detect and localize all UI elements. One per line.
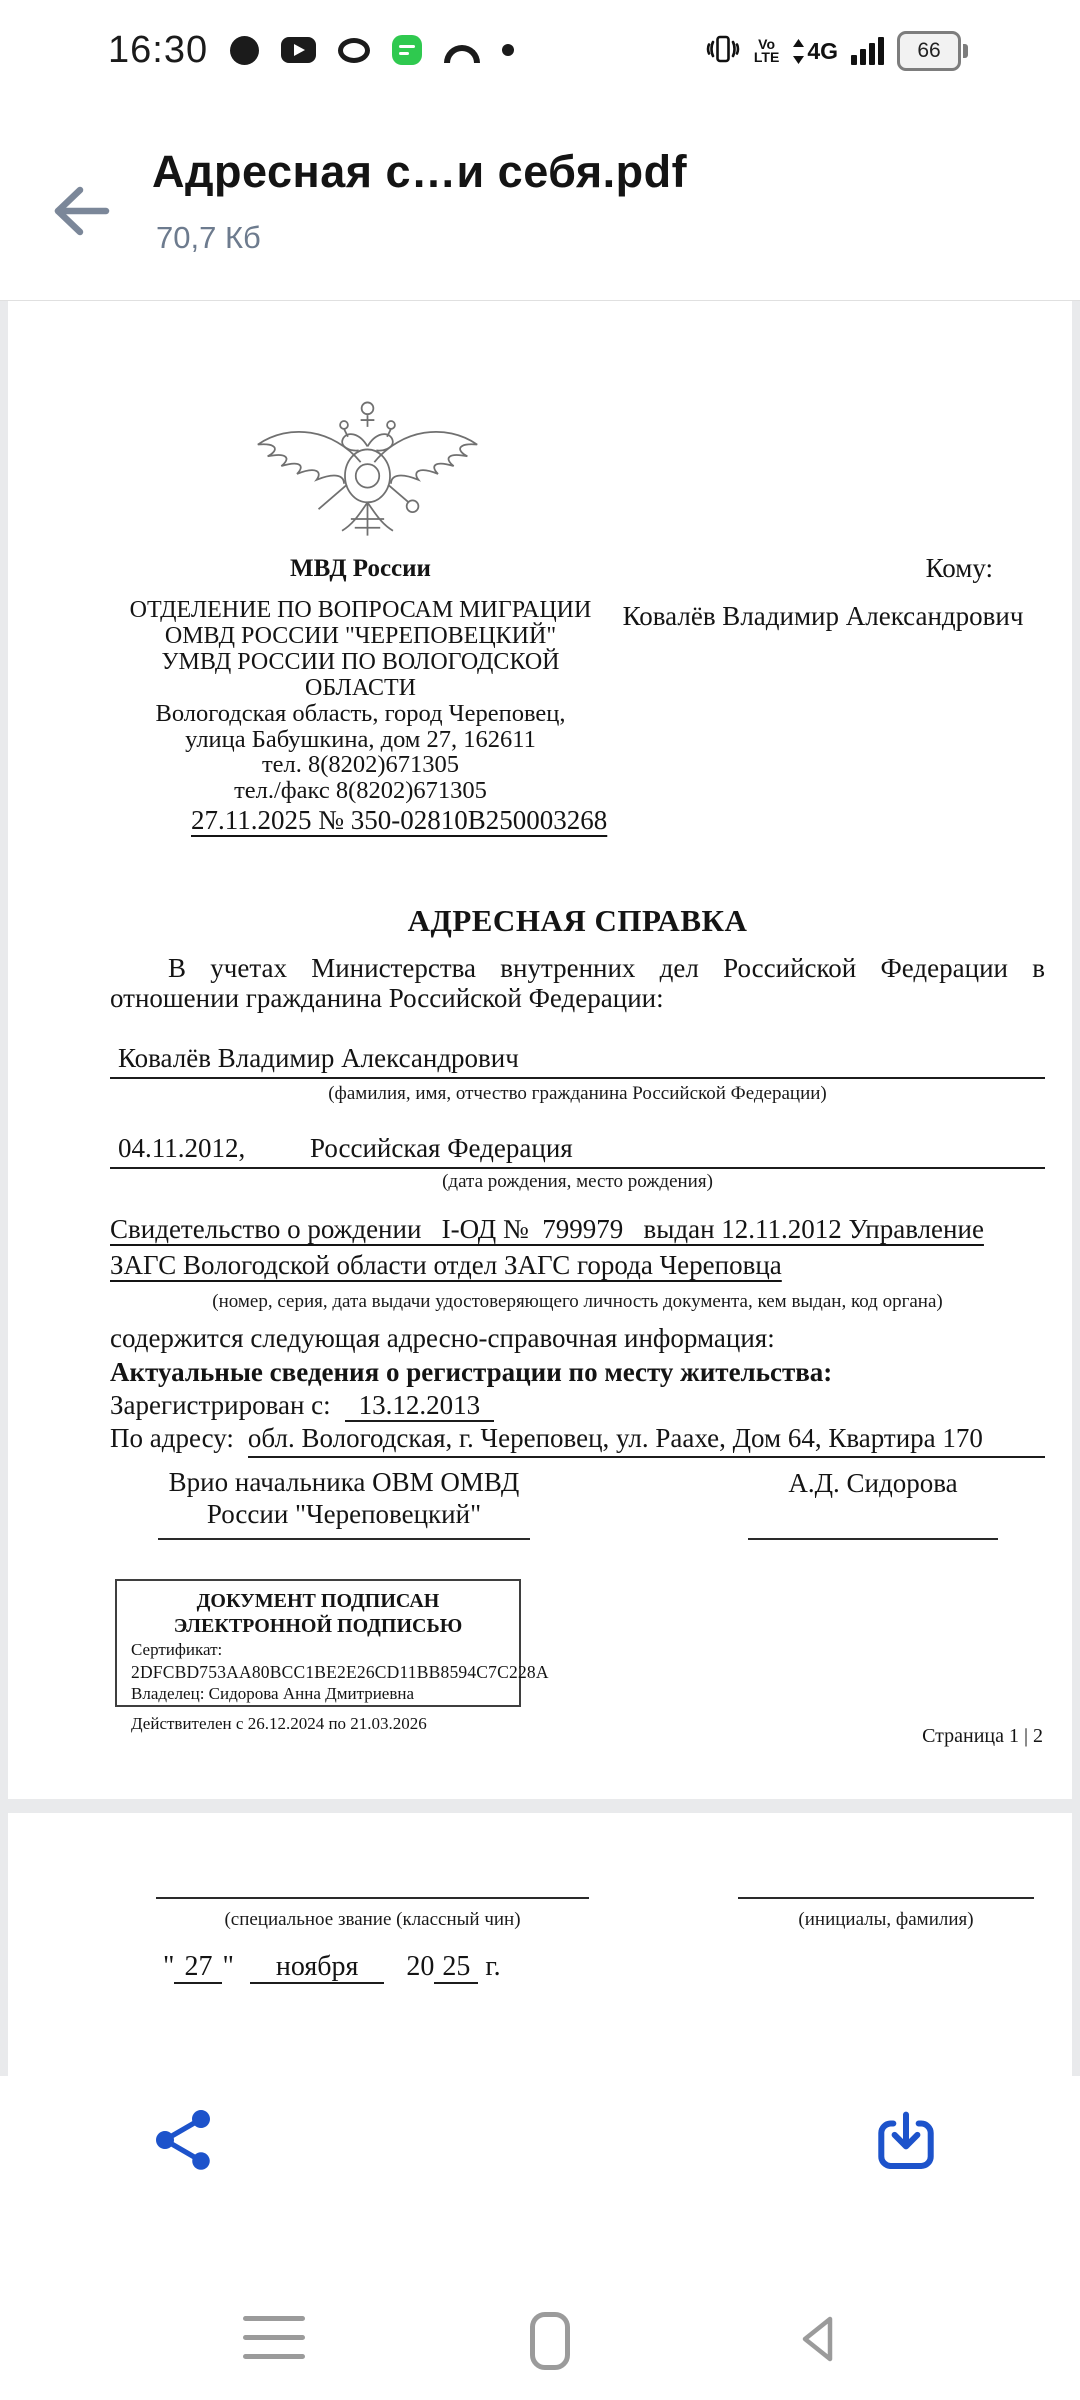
address-row: По адресу: обл. Вологодская, г. Черепове… — [110, 1423, 1045, 1458]
digital-signature-stamp: ДОКУМЕНТ ПОДПИСАН ЭЛЕКТРОННОЙ ПОДПИСЬЮ С… — [115, 1579, 521, 1707]
download-icon — [868, 2102, 944, 2178]
rank-caption: (специальное звание (классный чин) — [156, 1909, 589, 1931]
updown-arrows-icon — [792, 38, 805, 65]
identity-doc-field: Свидетельство о рождении I-ОД № 799979 в… — [110, 1211, 1045, 1283]
battery-icon: 66 — [897, 31, 968, 71]
org-address-line: тел. 8(8202)671305 — [103, 752, 618, 778]
signer-title-line: Врио начальника ОВМ ОМВД — [158, 1466, 530, 1498]
fio-caption: (фамилия, имя, отчество гражданина Росси… — [110, 1083, 1045, 1105]
page-indicator: Страница 1 | 2 — [922, 1725, 1043, 1748]
registered-date: 13.12.2013 — [345, 1390, 495, 1422]
stamp-title-line: ДОКУМЕНТ ПОДПИСАН — [131, 1589, 505, 1614]
vibrate-icon — [705, 33, 741, 70]
stamp-validity: Действителен с 26.12.2024 по 21.03.2026 — [131, 1713, 505, 1735]
download-button[interactable] — [868, 2102, 944, 2178]
to-label: Кому: — [598, 553, 1048, 584]
name-caption: (инициалы, фамилия) — [738, 1909, 1034, 1931]
network-4g-icon: 4G — [792, 38, 838, 65]
pdf-page-1: МВД России ОТДЕЛЕНИЕ ПО ВОПРОСАМ МИГРАЦИ… — [8, 301, 1072, 1799]
back-triangle-icon — [798, 2314, 836, 2364]
org-line: ОМВД РОССИИ "ЧЕРЕПОВЕЦКИЙ" — [103, 623, 618, 649]
org-line: ОБЛАСТИ — [103, 675, 618, 701]
signal-bars-icon — [851, 37, 884, 65]
identity-caption: (номер, серия, дата выдачи удостоверяюще… — [110, 1291, 1045, 1313]
date-line: "27"ноября2025 г. — [163, 1951, 501, 1983]
signer-name-field: А.Д. Сидорова — [748, 1466, 998, 1540]
stamp-title-line: ЭЛЕКТРОННОЙ ПОДПИСЬЮ — [131, 1614, 505, 1639]
open-quote: " — [163, 1951, 174, 1982]
stamp-cert-value: 2DFCBD753AA80BCC1BE2E26CD11BB8594C7C228A — [131, 1661, 505, 1683]
document-title: АДРЕСНАЯ СПРАВКА — [110, 903, 1045, 939]
org-block: ОТДЕЛЕНИЕ ПО ВОПРОСАМ МИГРАЦИИ ОМВД РОСС… — [103, 597, 618, 701]
home-button[interactable] — [530, 2312, 570, 2370]
status-bar-right: Vo LTE 4G 66 — [705, 26, 968, 76]
identity-line: Свидетельство о рождении I-ОД № 799979 в… — [110, 1211, 1045, 1247]
network-label: 4G — [807, 38, 838, 65]
actual-info-heading: Актуальные сведения о регистрации по мес… — [110, 1357, 1045, 1387]
org-name: МВД России — [103, 555, 618, 583]
oval-app-icon — [338, 38, 370, 63]
green-notes-icon — [392, 35, 422, 65]
chat-bubble-icon — [230, 36, 259, 65]
pdf-viewer[interactable]: МВД России ОТДЕЛЕНИЕ ПО ВОПРОСАМ МИГРАЦИ… — [0, 300, 1080, 2076]
contains-line: содержится следующая адресно-справочная … — [110, 1323, 1045, 1353]
dot-icon — [502, 44, 514, 56]
screen: 16:30 Vo LTE 4G 66 — [0, 0, 1080, 2400]
org-address-line: тел./факс 8(8202)671305 — [103, 778, 618, 804]
stamp-cert-label: Сертификат: — [131, 1639, 505, 1661]
date-month: ноября — [250, 1951, 384, 1984]
birth-caption: (дата рождения, место рождения) — [110, 1171, 1045, 1193]
birth-place: Российская Федерация — [310, 1133, 573, 1163]
org-address-line: улица Бабушкина, дом 27, 162611 — [103, 727, 618, 753]
youtube-icon — [281, 37, 316, 63]
org-line: ОТДЕЛЕНИЕ ПО ВОПРОСАМ МИГРАЦИИ — [103, 597, 618, 623]
year-suffix: г. — [485, 1951, 500, 1982]
back-button[interactable] — [46, 176, 116, 246]
doc-date-number: 27.11.2025 № 350-02810В250003268 — [191, 805, 607, 836]
battery-percent: 66 — [897, 31, 961, 71]
org-address-line: Вологодская область, город Череповец, — [103, 701, 618, 727]
recipient-name: Ковалёв Владимир Александрович — [598, 601, 1048, 632]
address-label: По адресу: — [110, 1423, 234, 1458]
org-address-block: Вологодская область, город Череповец, ул… — [103, 701, 618, 803]
rank-signature-line — [156, 1897, 589, 1899]
share-icon — [147, 2104, 219, 2176]
status-time: 16:30 — [108, 29, 208, 72]
intro-paragraph: В учетах Министерства внутренних дел Рос… — [110, 953, 1045, 1013]
name-signature-line — [738, 1897, 1034, 1899]
close-quote: " — [222, 1951, 233, 1982]
birth-date: 04.11.2012, — [118, 1133, 245, 1163]
file-title: Адресная с…и себя.pdf — [152, 146, 687, 198]
signer-title-field: Врио начальника ОВМ ОМВД России "Черепов… — [158, 1466, 530, 1540]
fio-value: Ковалёв Владимир Александрович — [110, 1037, 1045, 1074]
file-size: 70,7 Кб — [156, 220, 261, 256]
back-nav-button[interactable] — [798, 2314, 836, 2369]
mvd-eagle-emblem-icon — [250, 389, 485, 556]
recents-button[interactable] — [243, 2316, 305, 2362]
identity-line: ЗАГС Вологодской области отдел ЗАГС горо… — [110, 1247, 1045, 1283]
date-day: 27 — [174, 1951, 222, 1984]
date-year: 25 — [434, 1951, 478, 1984]
fio-field: Ковалёв Владимир Александрович — [110, 1037, 1045, 1079]
pdf-page-2: (специальное звание (классный чин) (иниц… — [8, 1813, 1072, 2076]
signer-title-line: России "Череповецкий" — [158, 1498, 530, 1530]
registered-row: Зарегистрирован с:13.12.2013 — [110, 1390, 1045, 1420]
status-bar-left: 16:30 — [108, 24, 514, 76]
stamp-owner: Владелец: Сидорова Анна Дмитриевна — [131, 1683, 505, 1705]
address-value: обл. Вологодская, г. Череповец, ул. Раах… — [248, 1423, 1045, 1458]
volte-icon: Vo LTE — [754, 38, 779, 64]
registered-label: Зарегистрирован с: — [110, 1390, 331, 1420]
org-line: УМВД РОССИИ ПО ВОЛОГОДСКОЙ — [103, 649, 618, 675]
birth-field: 04.11.2012, Российская Федерация — [110, 1127, 1045, 1169]
share-button[interactable] — [147, 2104, 219, 2176]
volte-bottom-label: LTE — [754, 51, 779, 64]
year-prefix: 20 — [406, 1951, 434, 1982]
arc-app-icon — [444, 45, 480, 63]
